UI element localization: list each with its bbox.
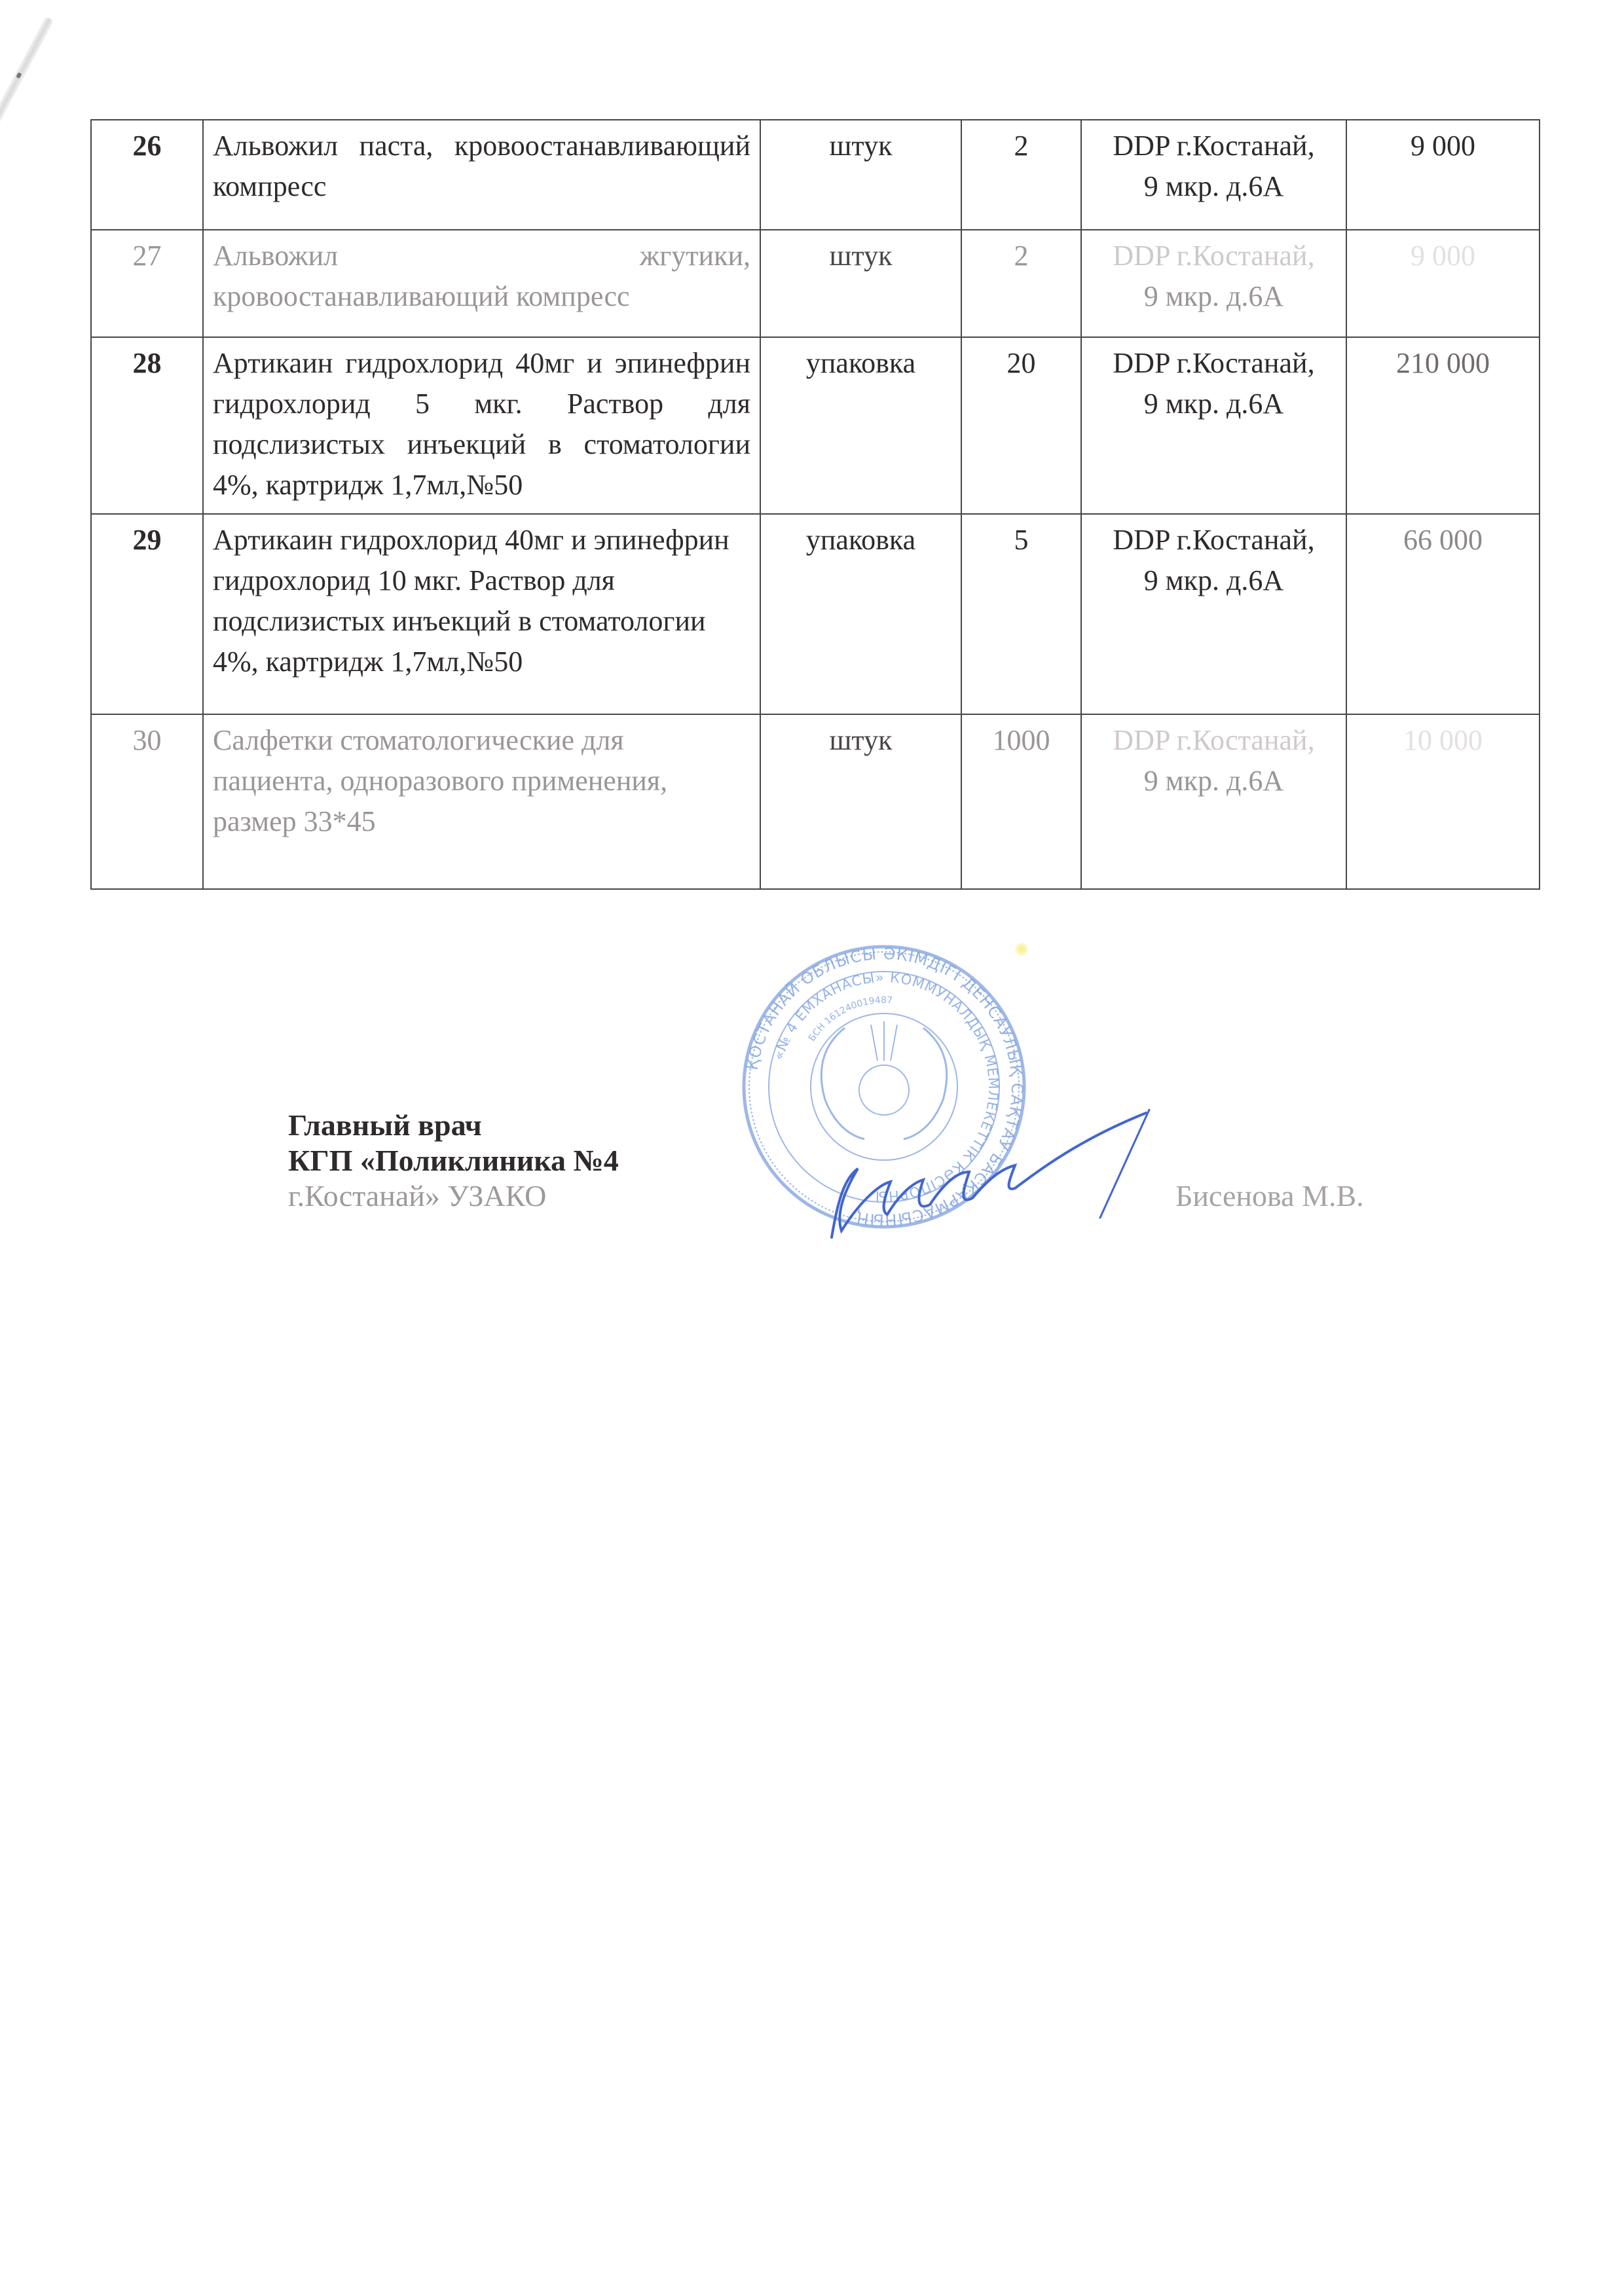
delivery-place: DDP г.Костанай, 9 мкр. д.6А: [1081, 514, 1346, 714]
item-sum-value: 66 000: [1403, 524, 1483, 556]
item-quantity: 5: [961, 514, 1081, 714]
table-row: 28 Артикаин гидрохлорид 40мг и эпинефрин…: [91, 337, 1540, 514]
item-quantity: 1000: [961, 714, 1081, 889]
item-sum: 9 000: [1346, 120, 1540, 230]
delivery-place-line1: DDP г.Костанай,: [1091, 236, 1337, 276]
row-number: 29: [91, 514, 203, 714]
item-quantity: 2: [961, 120, 1081, 230]
item-sum: 10 000: [1346, 714, 1540, 889]
row-number: 26: [91, 120, 203, 230]
item-name: Артикаин гидрохлорид 40мг и эпинефрин ги…: [203, 337, 760, 514]
item-quantity: 20: [961, 337, 1081, 514]
delivery-place: DDP г.Костанай, 9 мкр. д.6А: [1081, 714, 1346, 889]
table-row: 27 Альвожил жгутики, кровоостанавливающи…: [91, 230, 1540, 337]
delivery-place-line2: 9 мкр. д.6А: [1091, 384, 1337, 424]
item-unit: упаковка: [760, 514, 961, 714]
item-sum: 9 000: [1346, 230, 1540, 337]
signature-block: Главный врач КГП «Поликлиника №4 г.Коста…: [288, 1108, 619, 1214]
item-unit: упаковка: [760, 337, 961, 514]
item-sum-value: 210 000: [1396, 347, 1490, 379]
delivery-place-line2: 9 мкр. д.6А: [1091, 560, 1337, 601]
item-unit: штук: [760, 230, 961, 337]
delivery-place: DDP г.Костанай, 9 мкр. д.6А: [1081, 120, 1346, 230]
table-row: 26 Альвожил паста, кровоостанавливающий …: [91, 120, 1540, 230]
table-row: 30 Салфетки стоматологические для пациен…: [91, 714, 1540, 889]
item-sum-value: 9 000: [1411, 130, 1475, 162]
delivery-place: DDP г.Костанай, 9 мкр. д.6А: [1081, 230, 1346, 337]
table-row: 29 Артикаин гидрохлорид 40мг и эпинефрин…: [91, 514, 1540, 714]
item-sum: 210 000: [1346, 337, 1540, 514]
item-unit: штук: [760, 714, 961, 889]
item-quantity: 2: [961, 230, 1081, 337]
delivery-place-line1: DDP г.Костанай,: [1091, 520, 1337, 560]
item-sum: 66 000: [1346, 514, 1540, 714]
handwritten-signature-icon: [819, 1106, 1166, 1250]
organization-name: КГП «Поликлиника №4: [288, 1143, 619, 1178]
delivery-place-line1: DDP г.Костанай,: [1091, 720, 1337, 761]
item-name: Салфетки стоматологические для пациента,…: [203, 714, 760, 889]
item-sum-value: 10 000: [1403, 724, 1483, 756]
delivery-place: DDP г.Костанай, 9 мкр. д.6А: [1081, 337, 1346, 514]
position-title: Главный врач: [288, 1108, 619, 1143]
item-name: Альвожил паста, кровоостанавливающий ком…: [203, 120, 760, 230]
delivery-place-line1: DDP г.Костанай,: [1091, 343, 1337, 384]
item-unit: штук: [760, 120, 961, 230]
row-number: 27: [91, 230, 203, 337]
delivery-place-line2: 9 мкр. д.6А: [1091, 276, 1337, 317]
row-number: 30: [91, 714, 203, 889]
organization-city: г.Костанай» УЗАКО: [288, 1178, 619, 1214]
scan-edge-artifact: [0, 16, 54, 130]
signer-name: Бисенова М.В.: [1175, 1178, 1364, 1213]
item-name: Альвожил жгутики, кровоостанавливающий к…: [203, 230, 760, 337]
delivery-place-line1: DDP г.Костанай,: [1091, 126, 1337, 166]
delivery-place-line2: 9 мкр. д.6А: [1091, 761, 1337, 801]
items-table: 26 Альвожил паста, кровоостанавливающий …: [90, 119, 1540, 890]
delivery-place-line2: 9 мкр. д.6А: [1091, 166, 1337, 207]
item-sum-value: 9 000: [1411, 240, 1475, 272]
row-number: 28: [91, 337, 203, 514]
item-name: Артикаин гидрохлорид 40мг и эпинефрин ги…: [203, 514, 760, 714]
